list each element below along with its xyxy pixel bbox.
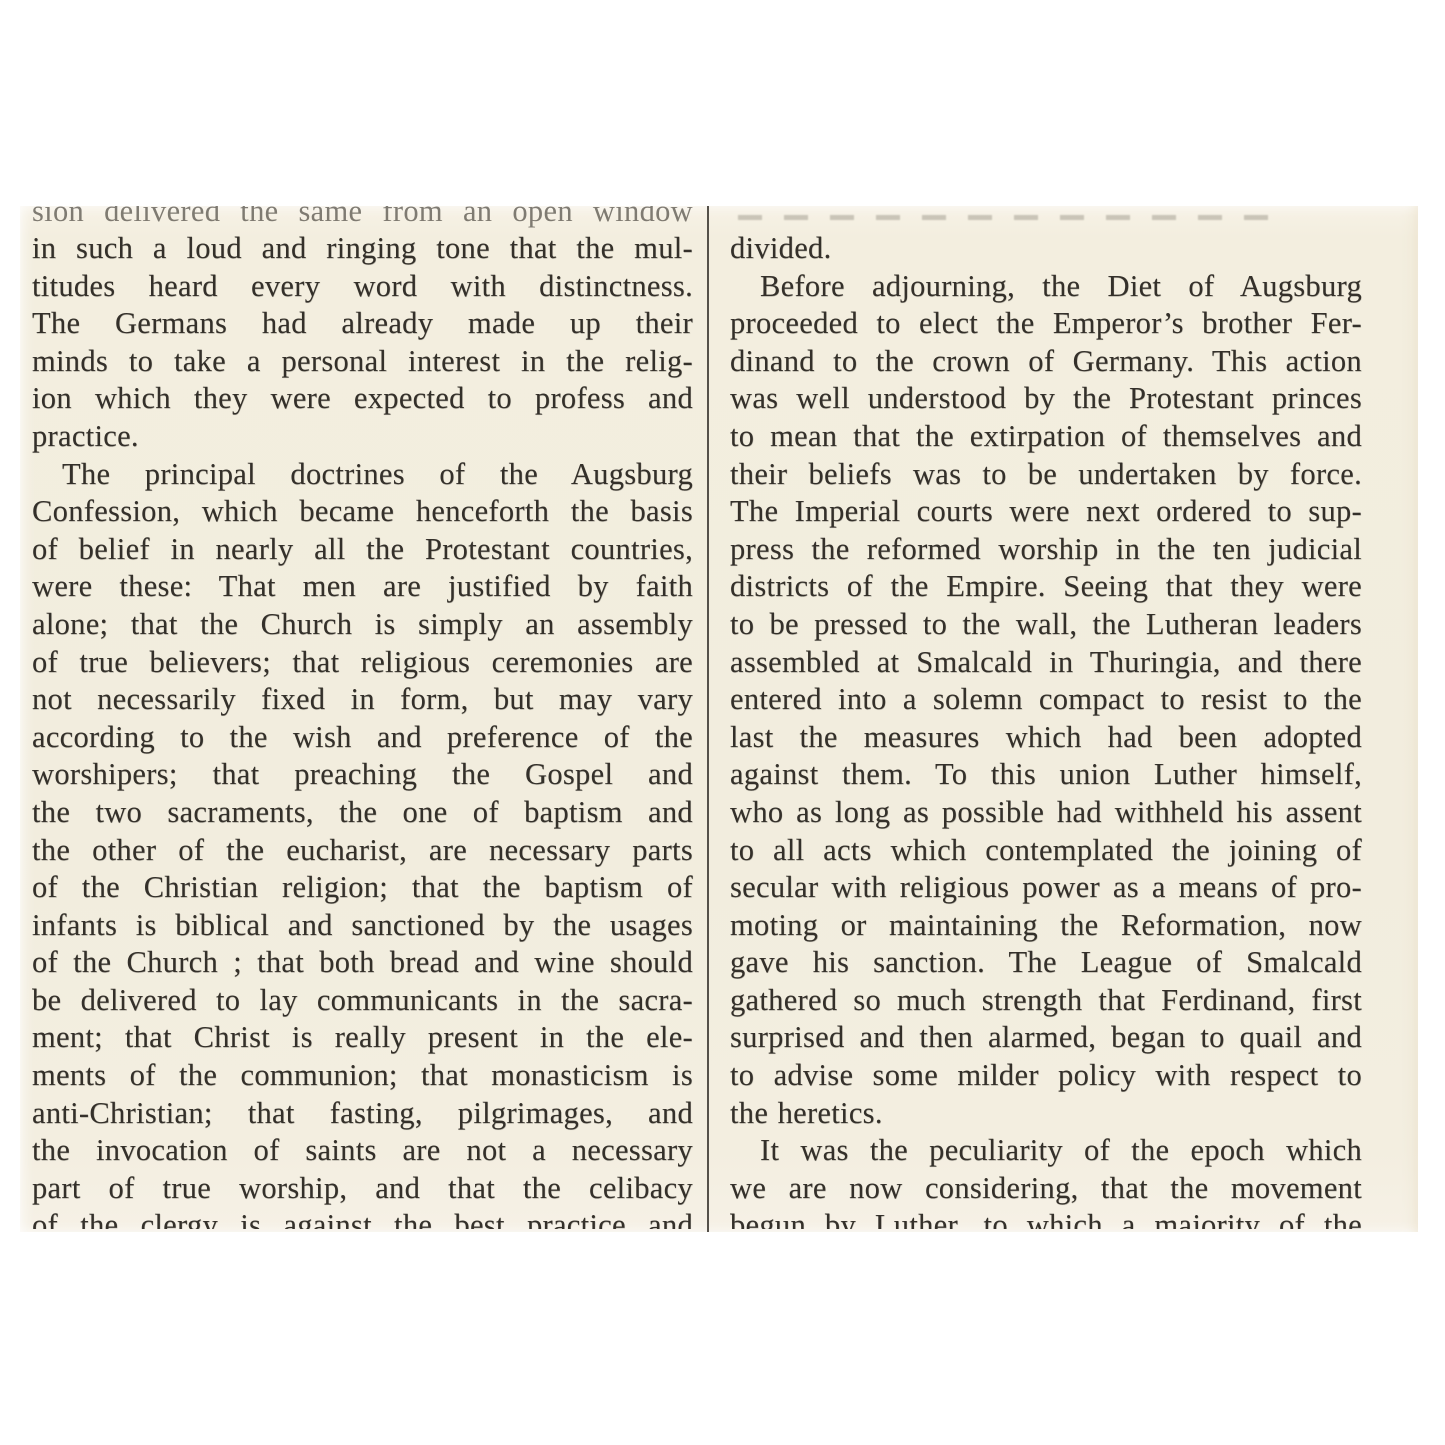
text-line: Confession, which became henceforth the … [32,493,693,531]
text-line: according to the wish and preference of … [32,719,693,757]
text-line: ion which they were expected to profess … [32,380,693,418]
text-line: secular with religious power as a means … [730,869,1362,907]
text-line: gave his sanction. The League of Smalcal… [730,944,1362,982]
clipped-text-line: begun by Luther, to which a majority of … [730,1207,1362,1229]
text-line: their beliefs was to be undertaken by fo… [730,456,1362,494]
text-line: of belief in nearly all the Protestant c… [32,531,693,569]
text-line: begun by Luther, to which a majority of … [730,1207,1362,1229]
text-line: The principal doctrines of the Augsburg [32,456,693,494]
right-text-column: divided.Before adjourning, the Diet of A… [730,206,1362,1229]
text-line: the invocation of saints are not a neces… [32,1132,693,1170]
text-line: not necessarily fixed in form, but may v… [32,681,693,719]
text-line: we are now considering, that the movemen… [730,1170,1362,1208]
text-line: in such a loud and ringing tone that the… [32,230,693,268]
text-line: press the reformed worship in the ten ju… [730,531,1362,569]
text-line: to all acts which contemplated the joini… [730,832,1362,870]
text-line: infants is biblical and sanctioned by th… [32,907,693,945]
text-line: ment; that Christ is really present in t… [32,1019,693,1057]
text-line: entered into a solemn compact to resist … [730,681,1362,719]
text-line: to advise some milder policy with respec… [730,1057,1362,1095]
text-line: of the Church ; that both bread and wine… [32,944,693,982]
text-line: ments of the communion; that monasticism… [32,1057,693,1095]
text-line: sion delivered the same from an open win… [32,206,693,230]
clipped-text-line [730,206,1362,230]
text-line: minds to take a personal interest in the… [32,343,693,381]
text-line: part of true worship, and that the celib… [32,1170,693,1208]
text-line: of true believers; that religious ceremo… [32,644,693,682]
text-line: last the measures which had been adopted [730,719,1362,757]
text-line: moting or maintaining the Reformation, n… [730,907,1362,945]
illegible-text-line [730,206,1362,230]
clipped-text-line: of the clergy is against the best practi… [32,1207,693,1229]
text-line: titudes heard every word with distinctne… [32,268,693,306]
text-line: of the Christian religion; that the bapt… [32,869,693,907]
text-line: the heretics. [730,1095,1362,1133]
text-line: worshipers; that preaching the Gospel an… [32,756,693,794]
text-line: proceeded to elect the Emperor’s brother… [730,305,1362,343]
text-line: of the clergy is against the best practi… [32,1207,693,1229]
text-line: surprised and then alarmed, began to qua… [730,1019,1362,1057]
text-line: alone; that the Church is simply an asse… [32,606,693,644]
text-line: districts of the Empire. Seeing that the… [730,568,1362,606]
text-line: Before adjourning, the Diet of Augsburg [730,268,1362,306]
text-line: were these: That men are justified by fa… [32,568,693,606]
text-line: The Imperial courts were next ordered to… [730,493,1362,531]
text-line: anti-Christian; that fasting, pilgrimage… [32,1095,693,1133]
text-line: It was the peculiarity of the epoch whic… [730,1132,1362,1170]
text-line: was well understood by the Protestant pr… [730,380,1362,418]
left-text-column: sion delivered the same from an open win… [32,206,693,1229]
text-line: practice. [32,418,693,456]
clipped-text-line: sion delivered the same from an open win… [32,206,693,230]
column-divider-rule [707,206,709,1232]
text-line: to mean that the extirpation of themselv… [730,418,1362,456]
text-line: against them. To this union Luther himse… [730,756,1362,794]
text-line: divided. [730,230,1362,268]
text-line: assembled at Smalcald in Thuringia, and … [730,644,1362,682]
text-line: the other of the eucharist, are necessar… [32,832,693,870]
text-line: The Germans had already made up their [32,305,693,343]
text-line: the two sacraments, the one of baptism a… [32,794,693,832]
text-line: to be pressed to the wall, the Lutheran … [730,606,1362,644]
text-line: be delivered to lay communicants in the … [32,982,693,1020]
text-line: gathered so much strength that Ferdinand… [730,982,1362,1020]
book-page-scan: sion delivered the same from an open win… [20,206,1418,1232]
text-line: who as long as possible had withheld his… [730,794,1362,832]
text-line: dinand to the crown of Germany. This act… [730,343,1362,381]
